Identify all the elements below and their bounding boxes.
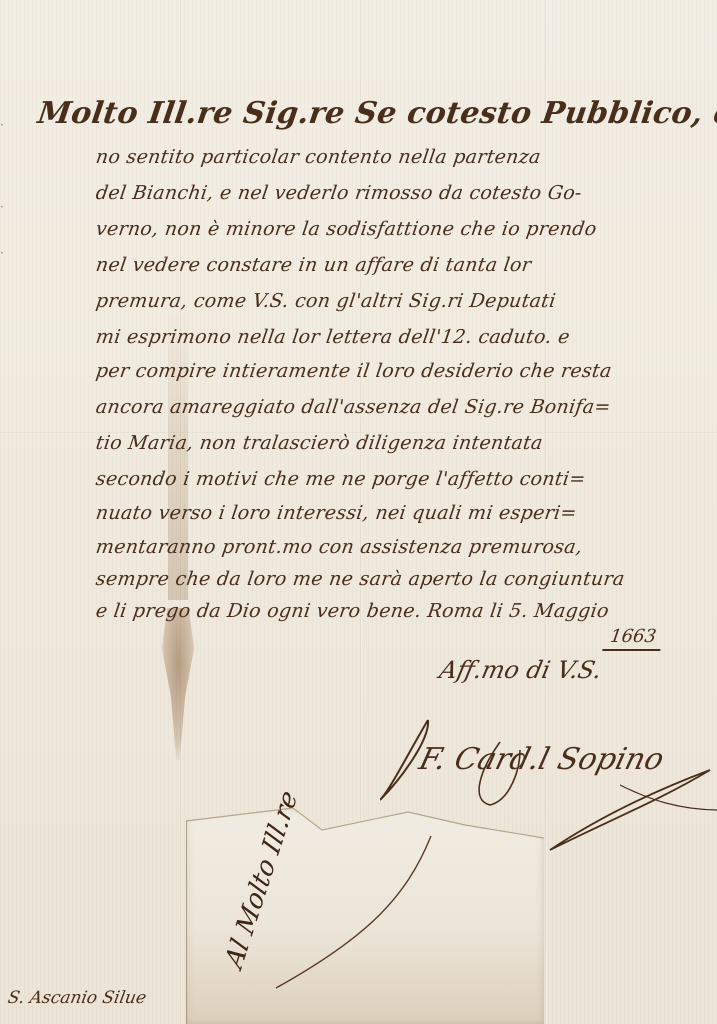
letter-line-15: e li prego da Dio ogni vero bene. Roma l… bbox=[94, 600, 610, 622]
letter-line-7: mi esprimono nella lor lettera dell'12. … bbox=[94, 326, 571, 348]
letter-year: 1663 bbox=[602, 626, 663, 651]
letter-line-11: secondo i motivi che me ne porge l'affet… bbox=[94, 468, 587, 490]
letter-line-4: verno, non è minore la sodisfattione che… bbox=[94, 218, 598, 240]
letter-line-3: del Bianchi, e nel vederlo rimosso da co… bbox=[94, 182, 583, 204]
letter-line-12: nuato verso i loro interessi, nei quali … bbox=[94, 502, 578, 524]
letter-line-1: Molto Ill.re Sig.re Se cotesto Pubblico,… bbox=[36, 96, 717, 131]
letter-line-10: tio Maria, non tralascierò diligenza int… bbox=[94, 432, 544, 454]
letter-line-8: per compire intieramente il loro desider… bbox=[94, 360, 613, 382]
letter-line-2: no sentito particolar contento nella par… bbox=[94, 146, 542, 168]
letter-line-14: sempre che da loro me ne sarà aperto la … bbox=[94, 568, 626, 590]
letter-closing: Aff.mo di V.S. bbox=[437, 656, 604, 684]
letter-line-6: premura, come V.S. con gl'altri Sig.ri D… bbox=[94, 290, 557, 312]
letter-line-5: nel vedere constare in un affare di tant… bbox=[94, 254, 532, 276]
addressee-note: S. Ascanio Silue bbox=[6, 988, 148, 1008]
letter-line-13: mentaranno pront.mo con assistenza premu… bbox=[94, 536, 583, 558]
letter-line-9: ancora amareggiato dall'assenza del Sig.… bbox=[94, 396, 612, 418]
